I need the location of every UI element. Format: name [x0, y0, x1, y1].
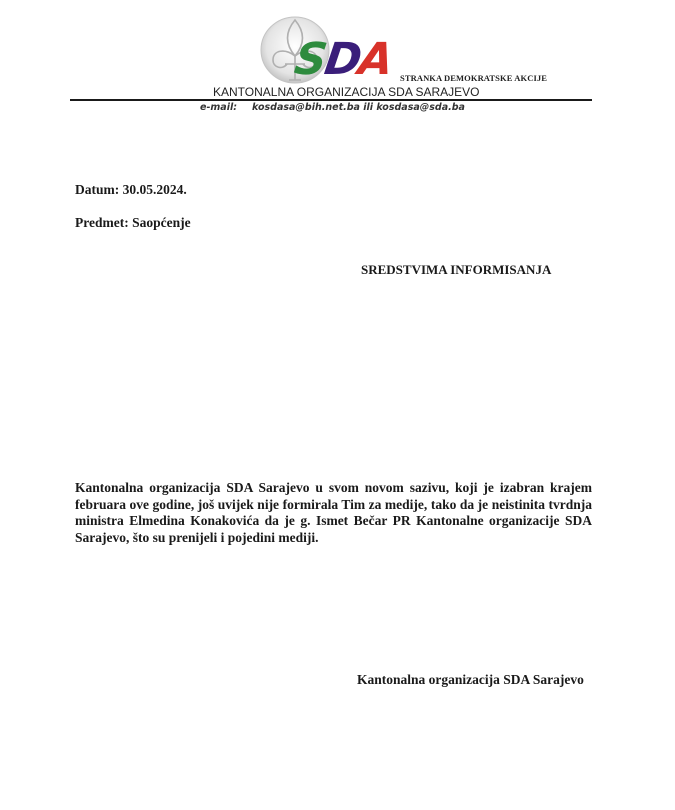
email-value: kosdasa@bih.net.ba ili kosdasa@sda.ba: [252, 102, 465, 113]
sda-logo: SDA: [255, 12, 405, 90]
logo-wordmark: SDA: [295, 38, 391, 82]
party-tagline: STRANKA DEMOKRATSKE AKCIJE: [400, 73, 547, 83]
contact-email-row: e-mail:kosdasa@bih.net.ba ili kosdasa@sd…: [200, 102, 465, 113]
header-divider: [70, 99, 592, 101]
document-subject: Predmet: Saopćenje: [75, 215, 191, 231]
body-line: Sarajevo, što su prenijeli i pojedini me…: [75, 530, 592, 547]
body-line: februara ove godine, još uvijek nije for…: [75, 497, 592, 514]
logo-letter-a: A: [356, 38, 394, 82]
body-line: Kantonalna organizacija SDA Sarajevo u s…: [75, 480, 592, 497]
addressee: SREDSTVIMA INFORMISANJA: [361, 262, 551, 278]
email-label: e-mail:: [200, 102, 252, 113]
document-date: Datum: 30.05.2024.: [75, 182, 187, 198]
signature: Kantonalna organizacija SDA Sarajevo: [357, 672, 584, 688]
statement-body: Kantonalna organizacija SDA Sarajevo u s…: [75, 480, 592, 546]
document-page: SDA STRANKA DEMOKRATSKE AKCIJE KANTONALN…: [0, 0, 675, 810]
body-line: ministra Elmedina Konakovića da je g. Is…: [75, 513, 592, 530]
organization-header: KANTONALNA ORGANIZACIJA SDA SARAJEVO: [213, 85, 480, 99]
